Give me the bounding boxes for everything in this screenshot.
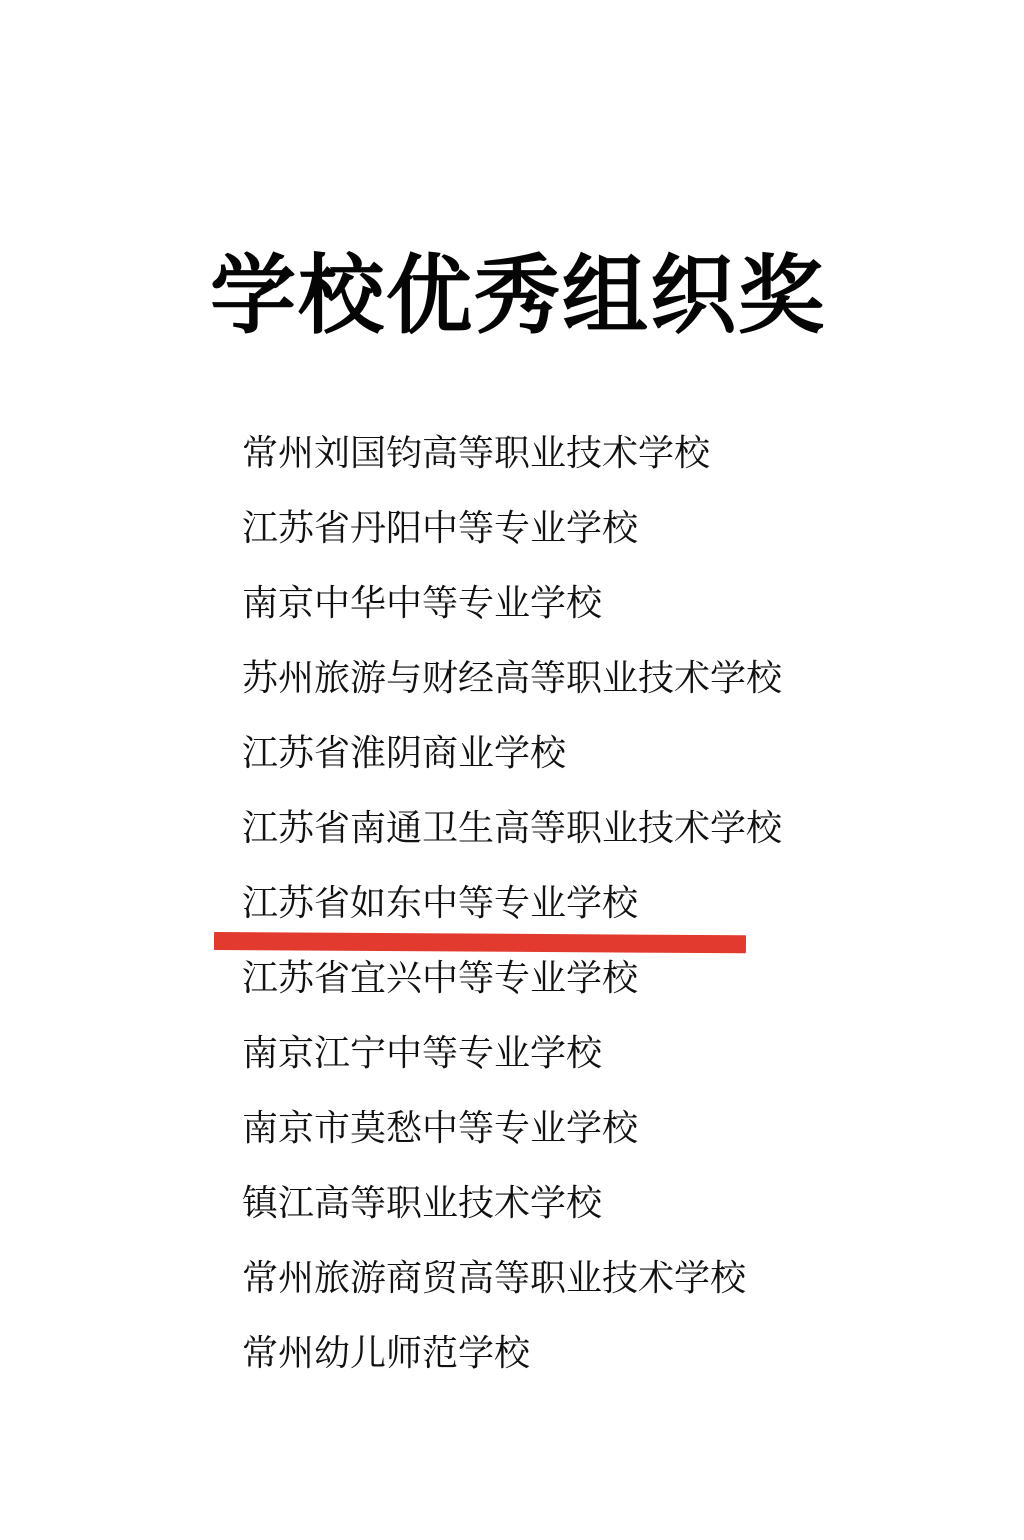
list-item: 常州旅游商贸高等职业技术学校: [242, 1253, 782, 1328]
list-item: 常州刘国钧高等职业技术学校: [242, 428, 782, 503]
list-item: 南京市莫愁中等专业学校: [242, 1103, 782, 1178]
list-item: 苏州旅游与财经高等职业技术学校: [242, 653, 782, 728]
list-item: 常州幼儿师范学校: [242, 1328, 782, 1403]
list-item: 镇江高等职业技术学校: [242, 1178, 782, 1253]
list-item: 南京中华中等专业学校: [242, 578, 782, 653]
highlight-underline: [214, 932, 746, 953]
list-item: 江苏省南通卫生高等职业技术学校: [242, 803, 782, 878]
list-item: 南京江宁中等专业学校: [242, 1028, 782, 1103]
list-item: 江苏省丹阳中等专业学校: [242, 503, 782, 578]
list-item: 江苏省宜兴中等专业学校: [242, 953, 782, 1028]
list-item: 江苏省淮阴商业学校: [242, 728, 782, 803]
school-list: 常州刘国钧高等职业技术学校 江苏省丹阳中等专业学校 南京中华中等专业学校 苏州旅…: [242, 428, 782, 1403]
page-title: 学校优秀组织奖: [0, 246, 1024, 346]
